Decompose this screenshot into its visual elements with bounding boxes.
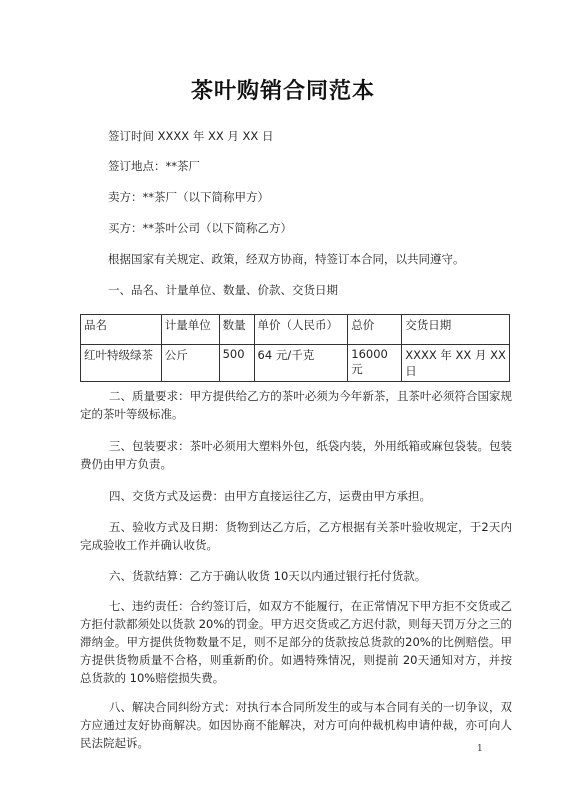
seller: 卖方：**茶厂（以下简称甲方） [108,189,269,205]
clause-3-packaging: 三、包装要求：茶叶必须用大塑料外包，纸袋内装，外用纸箱或麻包袋装。包装费仍由甲方… [80,437,512,473]
header-quantity: 数量 [219,315,254,345]
header-unit-price: 单价（人民币） [254,315,348,345]
product-table: 品名 计量单位 数量 单价（人民币） 总价 交货日期 红叶特级绿茶 公斤 500… [80,314,510,382]
header-total-price: 总价 [348,315,402,345]
cell-unit: 公斤 [161,345,219,382]
header-delivery-date: 交货日期 [402,315,510,345]
clause-6-payment: 六、货款结算：乙方于确认收货 10天以内通过银行托付货款。 [80,567,512,585]
page-number: 1 [477,744,483,754]
cell-total-price: 16000 元 [348,345,402,382]
document-title: 茶叶购销合同范本 [0,74,566,105]
signing-place: 签订地点：**茶厂 [108,158,200,174]
header-product-name: 品名 [81,315,162,345]
cell-quantity: 500 [219,345,254,382]
clause-4-delivery: 四、交货方式及运费：由甲方直接运往乙方，运费由甲方承担。 [80,487,512,505]
cell-product-name: 红叶特级绿茶 [81,345,162,382]
clause-2-quality: 二、质量要求：甲方提供给乙方的茶叶必须为今年新茶，且茶叶必须符合国家规定的茶叶等… [80,387,512,423]
signing-date: 签订时间 XXXX 年 XX 月 XX 日 [108,128,273,144]
section-1-heading: 一、品名、计量单位、数量、价款、交货日期 [108,282,338,298]
clause-7-liability: 七、违约责任：合约签订后，如双方不能履行，在正常情况下甲方拒不交货或乙方拒付款都… [80,597,512,687]
table-header-row: 品名 计量单位 数量 单价（人民币） 总价 交货日期 [81,315,510,345]
preamble: 根据国家有关规定、政策，经双方协商，特签订本合同，以共同遵守。 [108,251,465,267]
cell-delivery-date: XXXX 年 XX 月 XX 日 [402,345,510,382]
header-unit: 计量单位 [161,315,219,345]
clause-8-disputes: 八、解决合同纠纷方式：对执行本合同所发生的或与本合同有关的一切争议，双方应通过友… [80,698,512,752]
clause-5-inspection: 五、验收方式及日期：货物到达乙方后，乙方根据有关茶叶验收规定，于2天内完成验收工… [80,518,512,554]
table-row: 红叶特级绿茶 公斤 500 64 元/千克 16000 元 XXXX 年 XX … [81,345,510,382]
cell-unit-price: 64 元/千克 [254,345,348,382]
buyer: 买方：**茶叶公司（以下简称乙方） [108,220,292,236]
